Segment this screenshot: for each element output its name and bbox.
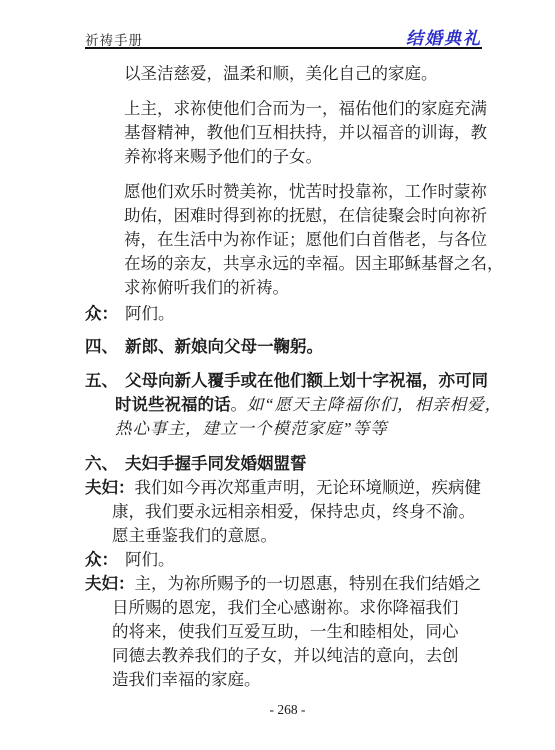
prayer-paragraph-2: 上主，求祢使他们合而为一，福佑他们的家庭充满 基督精神，教他们互相扶持，并以福音… (124, 97, 505, 169)
prayer-paragraph-1: 以圣洁慈爱，温柔和顺，美化自己的家庭。 (124, 62, 505, 86)
section-number: 六、 (85, 452, 125, 476)
running-title-right: 结婚典礼 (406, 24, 482, 49)
text-line: 上主，求祢使他们合而为一，福佑他们的家庭充满 (124, 97, 505, 121)
section-heading-4: 四、新郎、新娘向父母一鞠躬。 (85, 335, 505, 359)
text-line: 日所赐的恩宠，我们全心感谢祢。求你降福我们 (112, 596, 505, 620)
section-heading-5: 五、父母向新人覆手或在他们额上划十字祝福，亦可同 时说些祝福的话。如“愿天主降福… (85, 369, 505, 441)
example-blessing-text: 如“愿天主降福你们，相亲相爱， (247, 395, 502, 414)
text-line: 助佑，困难时得到祢的抚慰，在信徒聚会时向祢祈 (124, 204, 505, 228)
prayer-paragraph-3: 愿他们欢乐时赞美祢，忧苦时投靠祢，工作时蒙祢 助佑，困难时得到祢的抚慰，在信徒聚… (124, 180, 505, 300)
example-blessing-text: 热心事主，建立一个模范家庭”等等 (115, 417, 505, 441)
punctuation: 。 (231, 395, 248, 414)
page-header: 祈祷手册 结婚典礼 (85, 24, 482, 49)
speaker-label: 夫妇： (85, 476, 135, 500)
text-line: 同德去教养我们的子女，并以纯洁的意向，去创 (112, 644, 505, 668)
text-line: 愿他们欢乐时赞美祢，忧苦时投靠祢，工作时蒙祢 (124, 180, 505, 204)
section-title: 父母向新人覆手或在他们额上划十字祝福，亦可同 (125, 371, 488, 390)
text-line: 求祢俯听我们的祈祷。 (124, 276, 505, 300)
text-line: 基督精神，教他们互相扶持，并以福音的训诲，教 (124, 121, 505, 145)
text-line: 康，我们要永远相亲相爱，保持忠贞，终身不渝。 (112, 500, 505, 524)
speaker-label: 众： (85, 302, 125, 326)
text-line: 祷，在生活中为祢作证；愿他们白首偕老，与各位 (124, 228, 505, 252)
text-line: 造我们幸福的家庭。 (112, 668, 505, 692)
text-line: 愿主垂鉴我们的意愿。 (112, 524, 505, 548)
text-line: 五、父母向新人覆手或在他们额上划十字祝福，亦可同 (85, 369, 505, 393)
speech-text: 主，为祢所赐予的一切恩惠，特别在我们结婚之 (135, 574, 482, 593)
text-line: 在场的亲友，共享永远的幸福。因主耶稣基督之名， (124, 252, 505, 276)
section-heading-6: 六、夫妇手握手同发婚姻盟誓 (85, 452, 505, 476)
speech-text: 我们如今再次郑重声明，无论环境顺逆，疾病健 (135, 478, 482, 497)
document-page: 祈祷手册 结婚典礼 以圣洁慈爱，温柔和顺，美化自己的家庭。 上主，求祢使他们合而… (0, 0, 555, 750)
response-text: 阿们。 (125, 304, 175, 323)
text-line: 众：阿们。 (85, 302, 505, 326)
page-number: - 268 - (270, 702, 306, 717)
response-text: 阿们。 (125, 550, 175, 569)
couple-vow-speech-1: 夫妇：我们如今再次郑重声明，无论环境顺逆，疾病健 康，我们要永远相亲相爱，保持忠… (85, 476, 505, 548)
congregation-response-2: 众：阿们。 (85, 548, 505, 572)
text-line: 六、夫妇手握手同发婚姻盟誓 (85, 452, 505, 476)
section-title: 新郎、新娘向父母一鞠躬。 (125, 337, 323, 356)
page-footer: - 268 - (85, 702, 490, 718)
speaker-label: 众： (85, 548, 125, 572)
text-line: 养祢将来赐予他们的子女。 (124, 145, 505, 169)
text-line: 夫妇：我们如今再次郑重声明，无论环境顺逆，疾病健 (85, 476, 505, 500)
section-title: 夫妇手握手同发婚姻盟誓 (125, 454, 307, 473)
speaker-label: 夫妇： (85, 572, 135, 596)
running-title-left: 祈祷手册 (85, 29, 143, 49)
text-line: 时说些祝福的话。如“愿天主降福你们，相亲相爱， (115, 393, 505, 417)
section-title-continued: 时说些祝福的话 (115, 395, 231, 414)
congregation-response-1: 众：阿们。 (85, 302, 505, 326)
text-line: 四、新郎、新娘向父母一鞠躬。 (85, 335, 505, 359)
couple-vow-speech-2: 夫妇：主，为祢所赐予的一切恩惠，特别在我们结婚之 日所赐的恩宠，我们全心感谢祢。… (85, 572, 505, 692)
section-number: 五、 (85, 369, 125, 393)
text-line: 众：阿们。 (85, 548, 505, 572)
text-line: 夫妇：主，为祢所赐予的一切恩惠，特别在我们结婚之 (85, 572, 505, 596)
text-line: 的将来，使我们互爱互助，一生和睦相处，同心 (112, 620, 505, 644)
section-number: 四、 (85, 335, 125, 359)
page-content: 以圣洁慈爱，温柔和顺，美化自己的家庭。 上主，求祢使他们合而为一，福佑他们的家庭… (85, 62, 505, 692)
header-rule (85, 47, 482, 49)
text-line: 以圣洁慈爱，温柔和顺，美化自己的家庭。 (124, 62, 505, 86)
